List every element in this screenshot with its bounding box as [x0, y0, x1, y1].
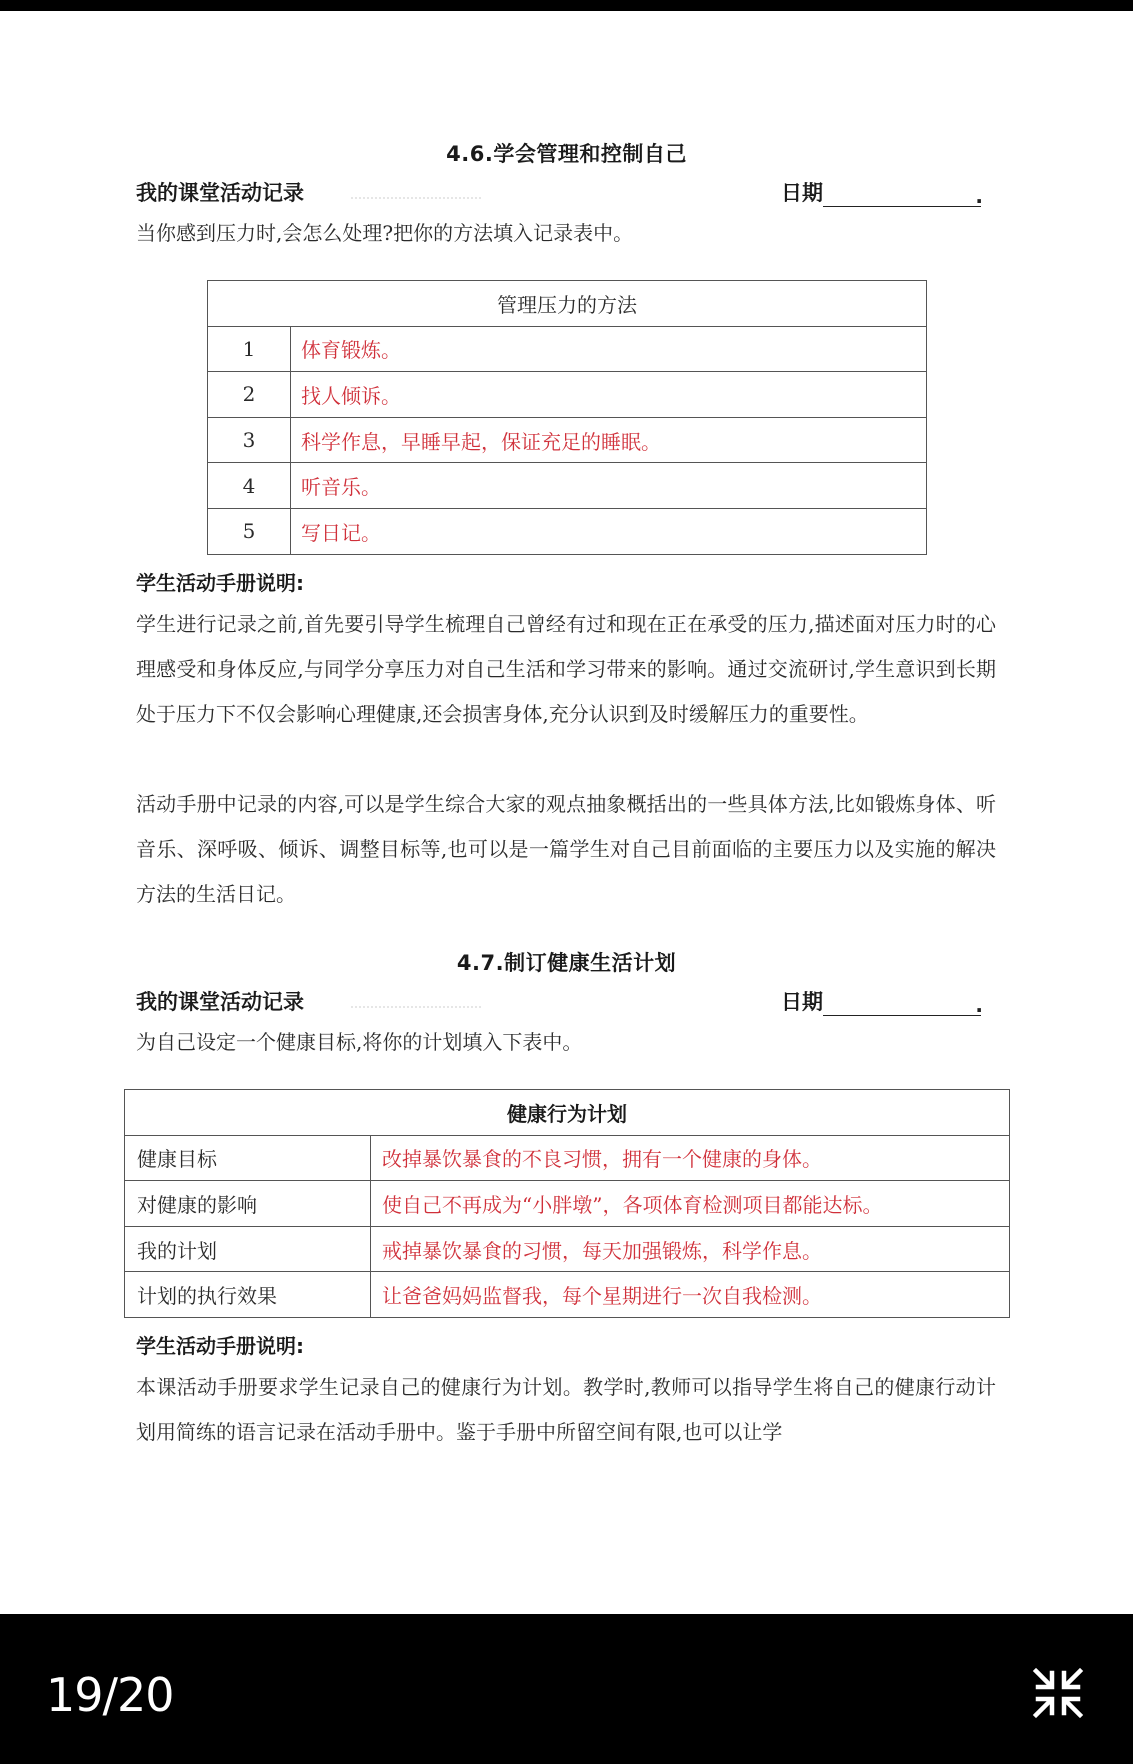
exit-fullscreen-icon [1028, 1663, 1088, 1723]
row-label: 我的计划 [125, 1226, 371, 1272]
table-header-row: 管理压力的方法 [208, 281, 927, 327]
table-row: 5 写日记。 [208, 508, 927, 554]
row-number: 4 [208, 463, 291, 509]
date-blank-line [823, 183, 981, 207]
prompt-4-6: 当你感到压力时,会怎么处理?把你的方法填入记录表中。 [136, 217, 633, 246]
date-label: 日期 [781, 990, 823, 1014]
row-answer: 写日记。 [291, 508, 927, 554]
row-number: 2 [208, 372, 291, 418]
record-row-4-6: 我的课堂活动记录 日期 [136, 177, 996, 207]
note-title-4-6: 学生活动手册说明: [136, 567, 304, 596]
note-paragraph: 活动手册中记录的内容,可以是学生综合大家的观点抽象概括出的一些具体方法,比如锻炼… [136, 782, 996, 917]
row-label: 健康目标 [125, 1135, 371, 1181]
row-answer: 使自己不再成为“小胖墩”，各项体育检测项目都能达标。 [371, 1181, 1010, 1227]
note-paragraph: 本课活动手册要求学生记录自己的健康行为计划。教学时,教师可以指导学生将自己的健康… [136, 1365, 996, 1455]
record-row-4-7: 我的课堂活动记录 日期 [136, 986, 996, 1016]
table-header-row: 健康行为计划 [125, 1090, 1010, 1136]
top-status-bar [0, 0, 1133, 11]
row-number: 1 [208, 326, 291, 372]
row-answer: 体育锻炼。 [291, 326, 927, 372]
table-header: 管理压力的方法 [208, 281, 927, 327]
date-field: 日期 [781, 986, 981, 1016]
row-answer: 找人倾诉。 [291, 372, 927, 418]
row-label: 对健康的影响 [125, 1181, 371, 1227]
table-row: 3 科学作息，早睡早起，保证充足的睡眠。 [208, 417, 927, 463]
row-answer: 戒掉暴饮暴食的习惯，每天加强锻炼，科学作息。 [371, 1226, 1010, 1272]
table-row: 2 找人倾诉。 [208, 372, 927, 418]
date-field: 日期 [781, 177, 981, 207]
row-answer: 让爸爸妈妈监督我，每个星期进行一次自我检测。 [371, 1272, 1010, 1318]
stress-methods-table: 管理压力的方法 1 体育锻炼。 2 找人倾诉。 3 科学作息，早睡早起，保证充足… [207, 280, 927, 555]
dotted-fill [351, 197, 481, 199]
row-number: 5 [208, 508, 291, 554]
table-row: 4 听音乐。 [208, 463, 927, 509]
note-title-4-7: 学生活动手册说明: [136, 1330, 304, 1359]
section-title-4-7: 4.7.制订健康生活计划 [0, 947, 1133, 977]
document-page: 4.6.学会管理和控制自己 我的课堂活动记录 日期 当你感到压力时,会怎么处理?… [0, 11, 1133, 1614]
table-row: 健康目标 改掉暴饮暴食的不良习惯，拥有一个健康的身体。 [125, 1135, 1010, 1181]
row-number: 3 [208, 417, 291, 463]
health-plan-table: 健康行为计划 健康目标 改掉暴饮暴食的不良习惯，拥有一个健康的身体。 对健康的影… [124, 1089, 1010, 1318]
date-label: 日期 [781, 181, 823, 205]
row-label: 计划的执行效果 [125, 1272, 371, 1318]
table-header: 健康行为计划 [125, 1090, 1010, 1136]
note-paragraph: 学生进行记录之前,首先要引导学生梳理自己曾经有过和现在正在承受的压力,描述面对压… [136, 602, 996, 737]
record-label: 我的课堂活动记录 [136, 177, 304, 207]
viewer-bottom-bar: 19/20 [0, 1614, 1133, 1764]
table-row: 对健康的影响 使自己不再成为“小胖墩”，各项体育检测项目都能达标。 [125, 1181, 1010, 1227]
row-answer: 科学作息，早睡早起，保证充足的睡眠。 [291, 417, 927, 463]
section-title-4-6: 4.6.学会管理和控制自己 [0, 138, 1133, 168]
page-indicator: 19/20 [46, 1668, 174, 1722]
date-blank-line [823, 992, 981, 1016]
exit-fullscreen-button[interactable] [1028, 1663, 1088, 1723]
table-row: 计划的执行效果 让爸爸妈妈监督我，每个星期进行一次自我检测。 [125, 1272, 1010, 1318]
dotted-fill [351, 1006, 481, 1008]
prompt-4-7: 为自己设定一个健康目标,将你的计划填入下表中。 [136, 1026, 582, 1055]
record-label: 我的课堂活动记录 [136, 986, 304, 1016]
row-answer: 改掉暴饮暴食的不良习惯，拥有一个健康的身体。 [371, 1135, 1010, 1181]
table-row: 1 体育锻炼。 [208, 326, 927, 372]
row-answer: 听音乐。 [291, 463, 927, 509]
table-row: 我的计划 戒掉暴饮暴食的习惯，每天加强锻炼，科学作息。 [125, 1226, 1010, 1272]
